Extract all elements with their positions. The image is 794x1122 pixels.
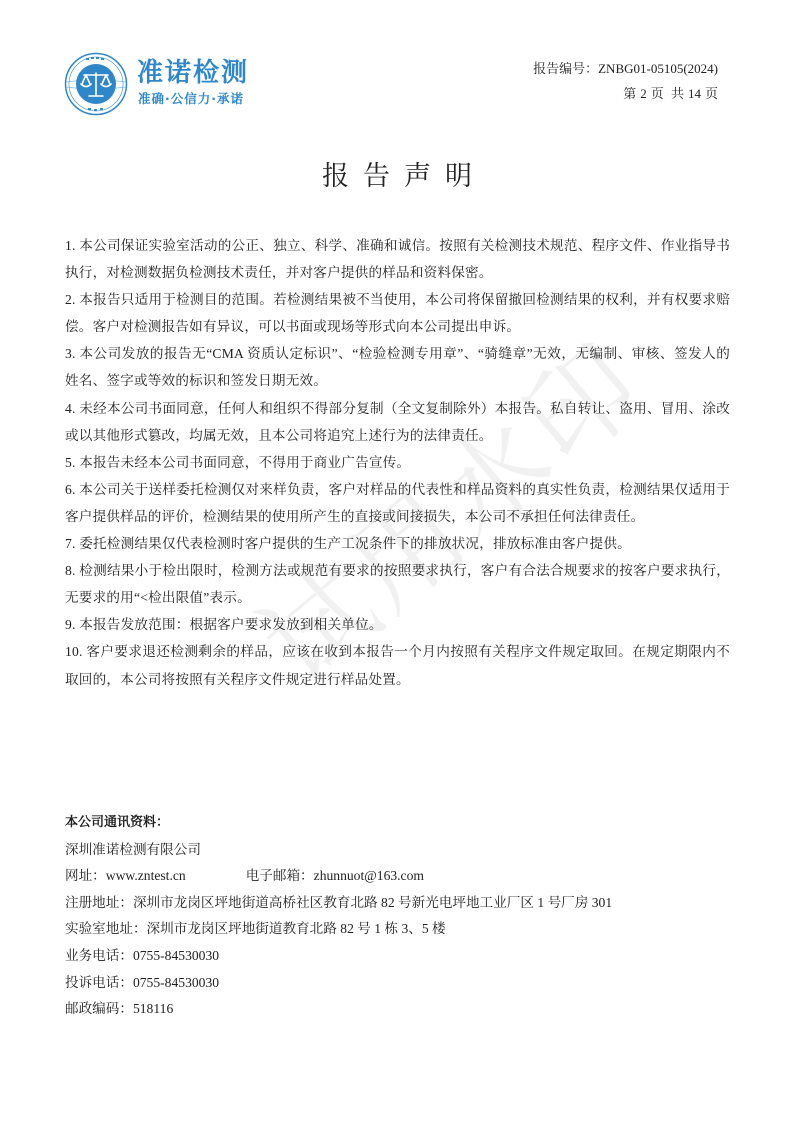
clause-4: 4. 未经本公司书面同意，任何人和组织不得部分复制（全文复制除外）本报告。私自转…: [65, 395, 730, 449]
postal-code: 邮政编码：518116: [65, 996, 730, 1023]
declaration-clauses: 1. 本公司保证实验室活动的公正、独立、科学、准确和诚信。按照有关检测技术规范、…: [65, 232, 730, 693]
clause-6: 6. 本公司关于送样委托检测仅对来样负责，客户对样品的代表性和样品资料的真实性负…: [65, 476, 730, 530]
report-number-value: ZNBG01-05105(2024): [598, 61, 718, 76]
logo-company-name: 准诺检测: [137, 58, 249, 88]
registered-address: 注册地址：深圳市龙岗区坪地街道高桥社区教育北路 82 号新光电坪地工业厂区 1 …: [65, 890, 730, 917]
page-suffix: 页: [705, 86, 718, 101]
clause-2: 2. 本报告只适用于检测目的范围。若检测结果被不当使用，本公司将保留撤回检测结果…: [65, 286, 730, 340]
clause-1: 1. 本公司保证实验室活动的公正、独立、科学、准确和诚信。按照有关检测技术规范、…: [65, 232, 730, 286]
report-number: 报告编号：ZNBG01-05105(2024): [533, 58, 718, 77]
email-label: 电子邮箱：: [246, 868, 314, 883]
clause-9: 9. 本报告发放范围：根据客户要求发放到相关单位。: [65, 611, 730, 638]
contact-info: 本公司通讯资料： 深圳准诺检测有限公司 网址：www.zntest.cn电子邮箱…: [65, 810, 730, 1023]
scales-seal-icon: [64, 52, 128, 116]
company-logo: 准诺检测 准确·公信力·承诺: [64, 52, 279, 118]
report-page: 准诺检测 准确·公信力·承诺 报告编号：ZNBG01-05105(2024) 第…: [0, 0, 794, 1122]
clause-10: 10. 客户要求退还检测剩余的样品，应该在收到本报告一个月内按照有关程序文件规定…: [65, 638, 730, 692]
page-current: 2: [640, 86, 647, 101]
page-indicator: 第2页 共14页: [619, 83, 718, 102]
lab-address: 实验室地址：深圳市龙岗区坪地街道教育北路 82 号 1 栋 3、5 楼: [65, 916, 730, 943]
page-total: 14: [688, 86, 701, 101]
logo-slogan: 准确·公信力·承诺: [138, 91, 244, 107]
clause-8: 8. 检测结果小于检出限时，检测方法或规范有要求的按照要求执行，客户有合法合规要…: [65, 557, 730, 611]
report-number-label: 报告编号：: [533, 61, 598, 76]
page-title: 报告声明: [0, 154, 794, 193]
company-name: 深圳准诺检测有限公司: [65, 837, 730, 864]
website-link[interactable]: www.zntest.cn: [106, 868, 186, 883]
clause-5: 5. 本报告未经本公司书面同意，不得用于商业广告宣传。: [65, 449, 730, 476]
page-mid: 页 共: [651, 86, 684, 101]
website-email-row: 网址：www.zntest.cn电子邮箱：zhunnuot@163.com: [65, 863, 730, 890]
complaint-phone: 投诉电话：0755-84530030: [65, 970, 730, 997]
page-prefix: 第: [623, 86, 636, 101]
email-link[interactable]: zhunnuot@163.com: [314, 868, 424, 883]
website-label: 网址：: [65, 868, 106, 883]
contact-heading: 本公司通讯资料：: [65, 810, 730, 837]
clause-3: 3. 本公司发放的报告无“CMA 资质认定标识”、“检验检测专用章”、“骑缝章”…: [65, 340, 730, 394]
business-phone: 业务电话：0755-84530030: [65, 943, 730, 970]
clause-7: 7. 委托检测结果仅代表检测时客户提供的生产工况条件下的排放状况，排放标准由客户…: [65, 530, 730, 557]
